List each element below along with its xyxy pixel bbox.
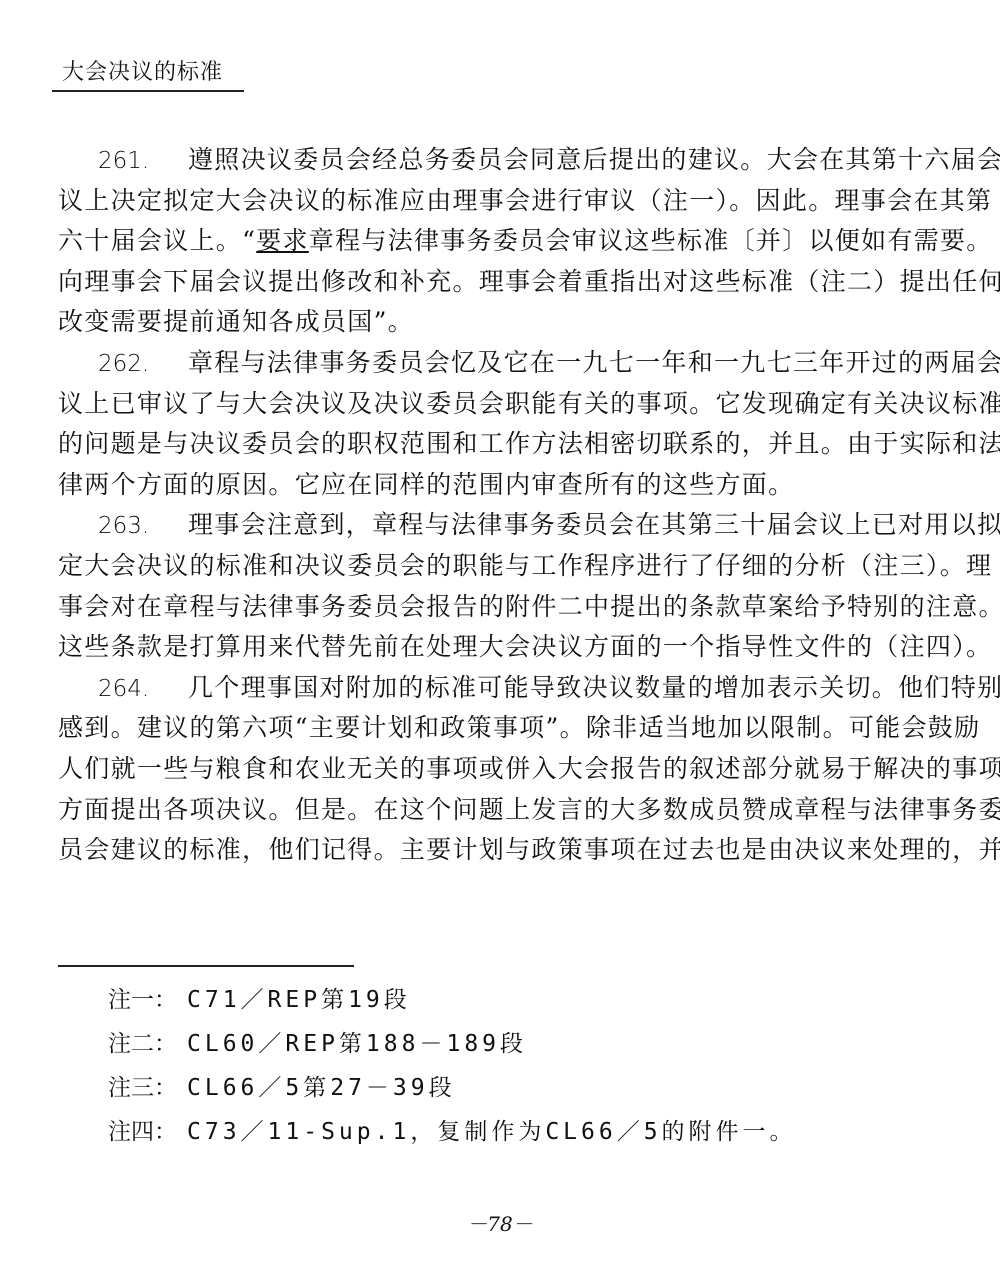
paragraph-264-line-1: 264.几个理事国对附加的标准可能导致决议数量的增加表示关切。他们特别 [58,668,963,709]
underlined-phrase: 要求 [256,226,309,255]
paragraph-261-line-5: 改变需要提前通知各成员国”。 [58,302,963,343]
paragraph-number: 262. [58,344,188,385]
running-header: 大会决议的标准 [62,55,223,86]
header-underline [52,90,244,92]
paragraph-261-line-2: 议上决定拟定大会决议的标准应由理事会进行审议（注一）。因此。理事会在其第 [58,181,963,222]
footnote-reference: C71／REP第19段 [187,987,411,1013]
footnote-label: 注四： [108,1119,177,1145]
footnote-reference: CL66／5第27－39段 [187,1075,456,1101]
footnote-reference: C73／11-Sup.1，复制作为CL66／5的附件一。 [187,1119,797,1145]
paragraph-261-line-4: 向理事会下届会议提出修改和补充。理事会着重指出对这些标准（注二）提出任何 [58,262,963,303]
paragraph-264-line-5: 员会建议的标准，他们记得。主要计划与政策事项在过去也是由决议来处理的，并 [58,830,963,871]
paragraph-263-line-2: 定大会决议的标准和决议委员会的职能与工作程序进行了仔细的分析（注三）。理 [58,546,963,587]
document-body: 261.遵照决议委员会经总务委员会同意后提出的建议。大会在其第十六届会 议上决定… [58,140,963,871]
footnote-1: 注一：C71／REP第19段 [108,978,797,1022]
footnotes: 注一：C71／REP第19段 注二：CL60／REP第188－189段 注三：C… [108,978,797,1154]
paragraph-263-line-1: 263.理事会注意到，章程与法律事务委员会在其第三十届会议上已对用以拟 [58,505,963,546]
footnote-label: 注三： [108,1075,177,1101]
paragraph-261-line-3: 六十届会议上。“要求章程与法律事务委员会审议这些标准〔并〕以便如有需要。 [58,221,963,262]
footnote-label: 注二： [108,1031,177,1057]
paragraph-number: 261. [58,141,188,182]
paragraph-262-line-4: 律两个方面的原因。它应在同样的范围内审查所有的这些方面。 [58,465,963,506]
footnote-2: 注二：CL60／REP第188－189段 [108,1022,797,1066]
footnote-label: 注一： [108,987,177,1013]
page-number: －78－ [0,1208,1000,1237]
paragraph-262-line-2: 议上已审议了与大会决议及决议委员会职能有关的事项。它发现确定有关决议标准 [58,384,963,425]
paragraph-264-line-4: 方面提出各项决议。但是。在这个问题上发言的大多数成员赞成章程与法律事务委 [58,790,963,831]
footnote-separator [58,965,354,967]
paragraph-262-line-1: 262.章程与法律事务委员会忆及它在一九七一年和一九七三年开过的两届会 [58,343,963,384]
paragraph-264-line-2: 感到。建议的第六项“主要计划和政策事项”。除非适当地加以限制。可能会鼓励 [58,708,963,749]
paragraph-263-line-3: 事会对在章程与法律事务委员会报告的附件二中提出的条款草案给予特别的注意。 [58,587,963,628]
paragraph-264-line-3: 人们就一些与粮食和农业无关的事项或併入大会报告的叙述部分就易于解决的事项 [58,749,963,790]
footnote-3: 注三：CL66／5第27－39段 [108,1066,797,1110]
footnote-4: 注四：C73／11-Sup.1，复制作为CL66／5的附件一。 [108,1110,797,1154]
paragraph-261-line-1: 261.遵照决议委员会经总务委员会同意后提出的建议。大会在其第十六届会 [58,140,963,181]
paragraph-number: 264. [58,669,188,710]
paragraph-263-line-4: 这些条款是打算用来代替先前在处理大会决议方面的一个指导性文件的（注四）。 [58,627,963,668]
footnote-reference: CL60／REP第188－189段 [187,1031,527,1057]
paragraph-262-line-3: 的问题是与决议委员会的职权范围和工作方法相密切联系的，并且。由于实际和法 [58,424,963,465]
paragraph-number: 263. [58,506,188,547]
